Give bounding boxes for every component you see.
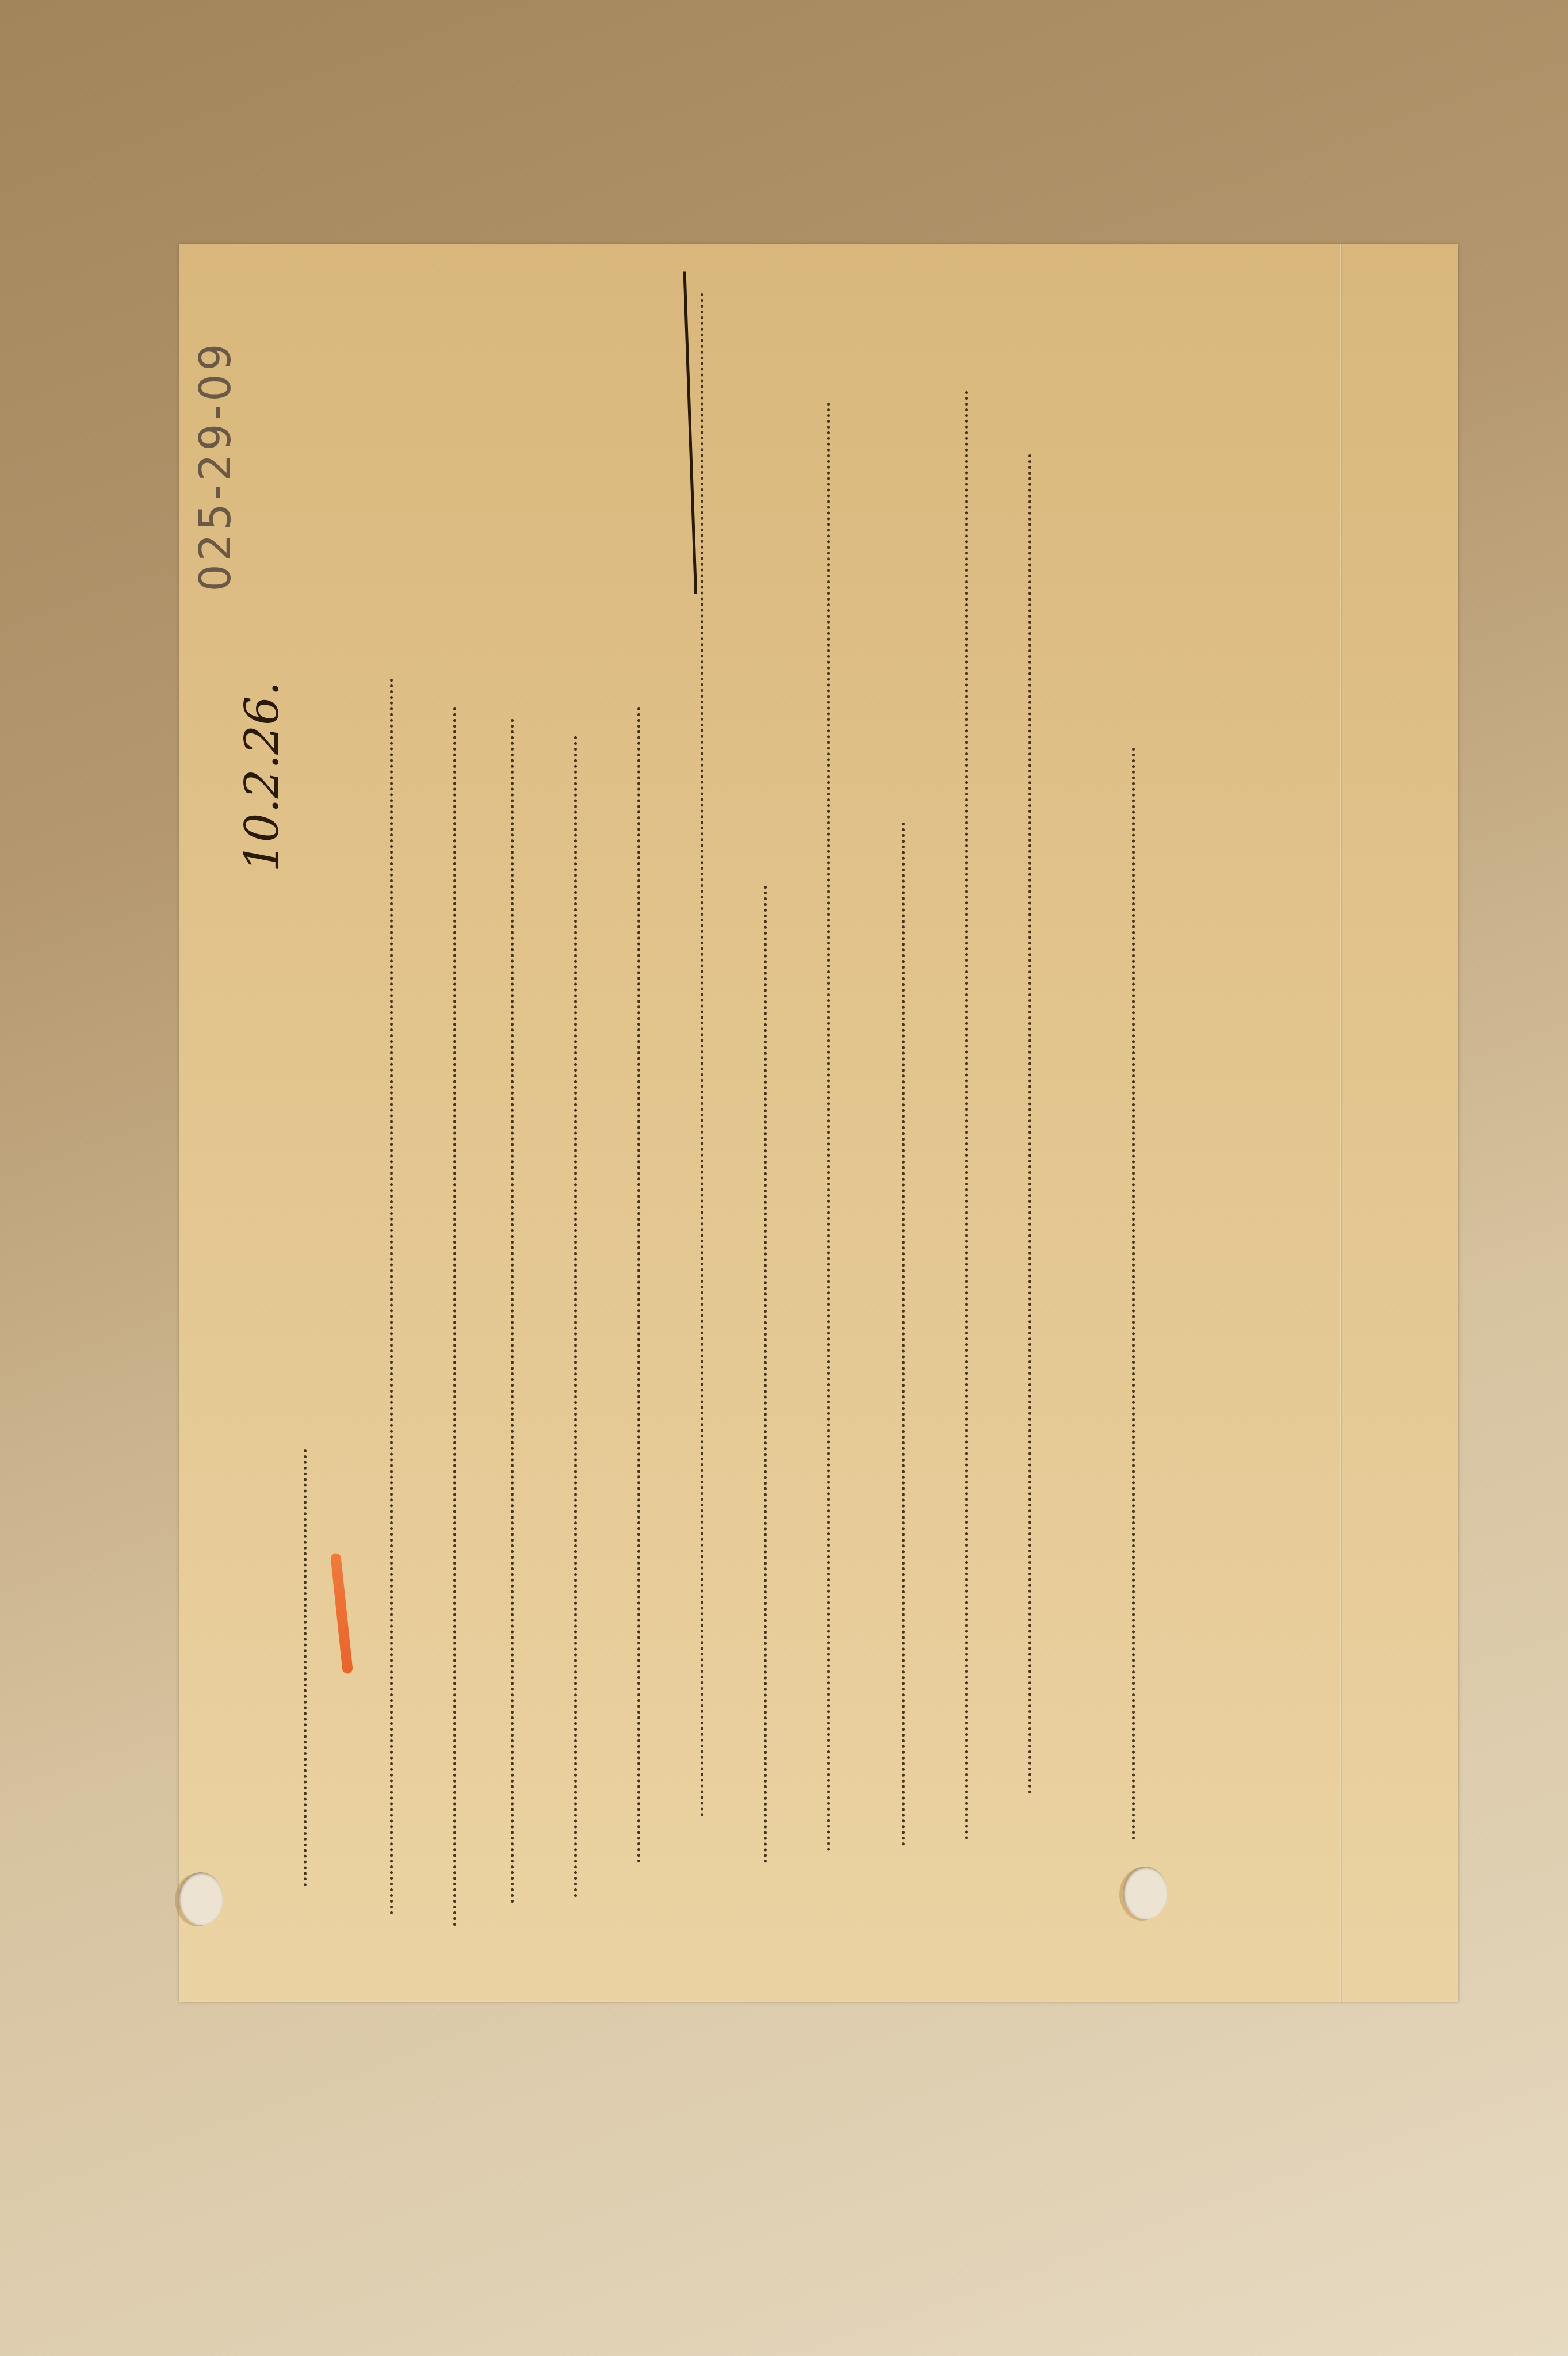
shorthand-line (949, 391, 989, 1841)
shorthand-line (748, 886, 788, 1864)
shorthand-line (374, 679, 414, 1915)
shorthand-line (886, 823, 926, 1846)
letter-date-text: 10.2.26. (235, 682, 289, 872)
shorthand-line (495, 719, 535, 1904)
shorthand-line (558, 736, 598, 1898)
shorthand-line (811, 403, 851, 1852)
shorthand-line (437, 707, 477, 1927)
punch-hole (178, 1872, 223, 1925)
catalog-number: 025-29-09 (173, 299, 259, 633)
letter-date: 10.2.26. (227, 656, 296, 897)
punch-hole (1123, 1867, 1168, 1919)
vertical-fold-crease (1340, 244, 1342, 2002)
shorthand-line (1116, 748, 1156, 1841)
shorthand-line (1012, 454, 1053, 1795)
shorthand-line (288, 1449, 328, 1887)
catalog-number-text: 025-29-09 (191, 341, 240, 592)
shorthand-line (684, 293, 725, 1818)
shorthand-line (621, 707, 661, 1864)
